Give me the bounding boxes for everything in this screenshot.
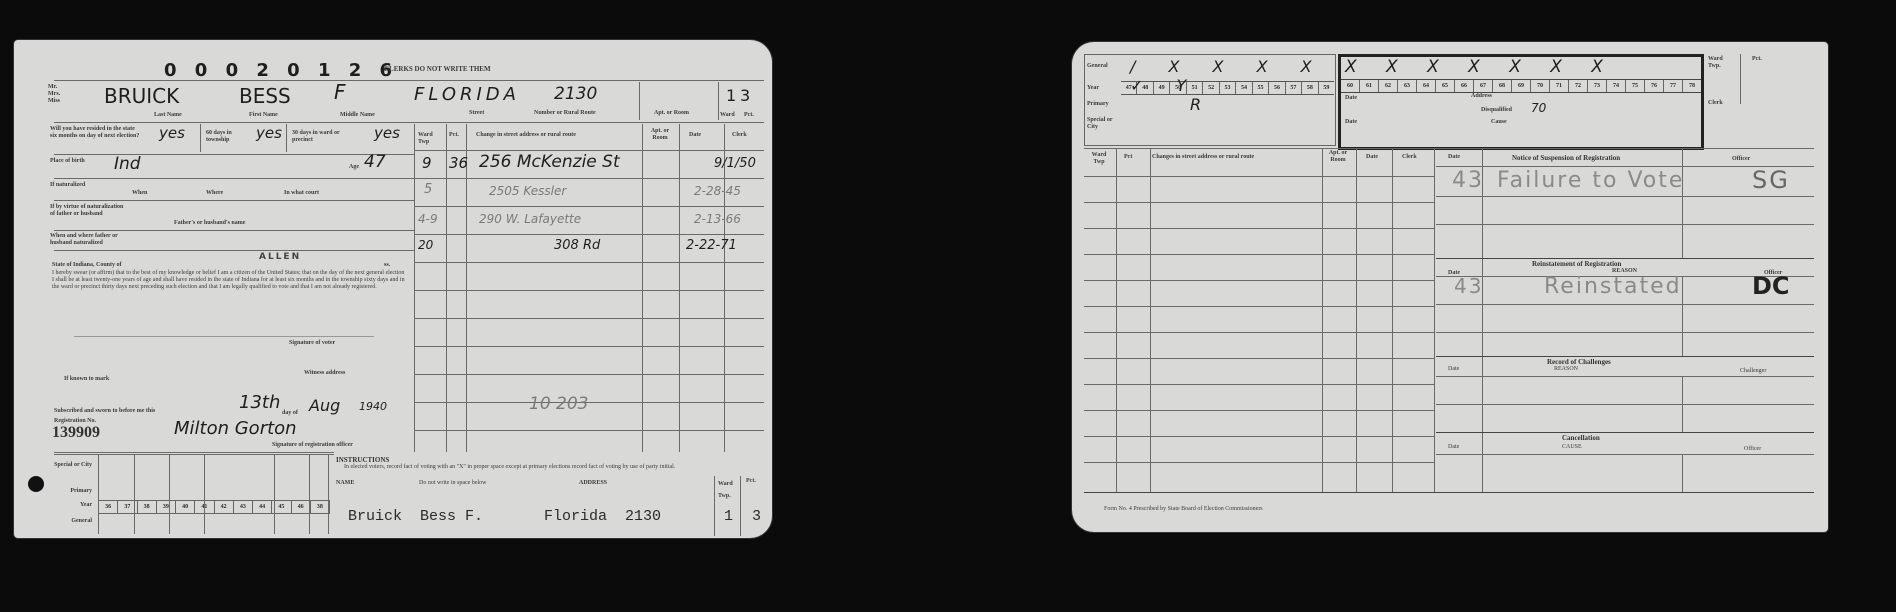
history-year-row: 36 37 38 39 40 41 42 43 44 45 46 38 [98, 500, 330, 514]
cancellation-cause-label: CAUSE [1562, 444, 1582, 451]
suspension-officer-label: Officer [1732, 156, 1750, 163]
witness-label: If known to mark [64, 376, 109, 383]
cancellation-date-label: Date [1448, 444, 1459, 451]
apt-label: Apt. or Room [654, 110, 689, 117]
subscribed-day: 13th [239, 392, 280, 413]
suspension-title: Notice of Suspension of Registration [1512, 154, 1620, 162]
typed-ward: 1 [724, 508, 733, 525]
oath-heading: State of Indiana, County of [52, 262, 122, 269]
changes-header-pct: Pct. [449, 132, 459, 139]
subscribed-label: Subscribed and sworn to before me this [54, 408, 155, 415]
county-value: ALLEN [259, 252, 301, 262]
challenges-challenger-label: Challenger [1740, 368, 1766, 375]
birthplace-value: Ind [114, 154, 141, 174]
back-clerk-label: Clerk [1708, 100, 1723, 107]
general-vote-marks-right: X X X X X X X [1345, 57, 1615, 77]
last-name-value: BRUICK [104, 84, 179, 108]
resided-state-label: Will you have resided in the state six m… [50, 126, 140, 140]
street-label: Street [469, 110, 484, 117]
first-name-label: First Name [249, 112, 278, 119]
challenges-date-label: Date [1448, 366, 1459, 373]
pct-label: Pct. [744, 112, 754, 119]
back-ward-label: Ward Twp. [1708, 56, 1732, 70]
subscribed-month: Aug [309, 396, 340, 415]
instructions-text: In elected voters, record fact of voting… [344, 464, 744, 471]
typed-name: Bruick Bess F. [348, 508, 483, 525]
address-label: ADDRESS [579, 480, 607, 487]
naturalized-label: If naturalized [50, 182, 90, 189]
ward-value: 1 [726, 86, 736, 105]
witness-address-label: Witness address [304, 370, 345, 377]
typed-pct: 3 [752, 508, 761, 525]
day-of-label: day of [282, 410, 298, 417]
father-nat-label: If by virtue of naturalization of father… [50, 204, 125, 218]
table-row-note: 10 203 [529, 394, 588, 414]
pct-value: 3 [740, 86, 750, 105]
resided-township-label: 60 days in township [206, 130, 251, 144]
back-changes-header-date: Date [1366, 154, 1378, 161]
punch-hole-icon [28, 476, 44, 492]
number-value: 2130 [554, 84, 597, 104]
typed-address: Florida 2130 [544, 508, 661, 525]
reinstatement-entry-date: 43 [1454, 274, 1483, 298]
officer-label: Signature of registration officer [272, 442, 353, 449]
changes-header-ward: Ward Twp [418, 132, 442, 146]
oath-text: I hereby swear (or affirm) that to the b… [52, 270, 407, 291]
challenges-title: Record of Challenges [1547, 358, 1611, 366]
registration-card-front: 0 0 0 2 0 1 2 6 CLERKS DO NOT WRITE THEM… [14, 40, 772, 538]
resided-township-value: yes [256, 124, 282, 142]
changes-header-apt: Apt. or Room [648, 128, 672, 142]
registration-card-back: General Year Primary Special or City 47 … [1072, 42, 1828, 532]
cancellation-officer-label: Officer [1744, 446, 1761, 453]
history-label-general: General [52, 518, 92, 525]
name-label: NAME [336, 480, 354, 487]
middle-name-value: F [334, 80, 346, 104]
suspension-entry-officer: SG [1752, 166, 1790, 194]
ward-label: Ward [720, 112, 735, 119]
birthplace-label: Place of birth [50, 158, 90, 165]
challenges-reason-label: REASON [1554, 366, 1578, 373]
age-label: Age [349, 164, 359, 171]
primary-vote-mark: R [1190, 95, 1201, 114]
history-grid-right: 60 61 62 63 64 65 66 67 68 69 70 71 72 7… [1338, 54, 1704, 150]
registration-number: 139909 [52, 424, 100, 442]
history-label-primary: Primary [52, 488, 92, 495]
reinstatement-entry-officer: DC [1752, 272, 1790, 300]
oath-ss: ss. [384, 262, 390, 269]
cancellation-title: Cancellation [1562, 434, 1600, 442]
history-label-year: Year [52, 502, 92, 509]
back-pct-label: Pct. [1752, 56, 1762, 63]
header-numbers: 0 0 0 2 0 1 2 6 [164, 60, 398, 81]
changes-header-address: Change in street address or rural route [476, 132, 576, 139]
resided-state-value: yes [159, 124, 185, 142]
court-label: In what court [284, 190, 319, 197]
suspension-date-label: Date [1448, 154, 1460, 161]
form-footer: Form No. 4 Prescribed by State Board of … [1104, 506, 1263, 513]
history-label-special: Special or City [52, 462, 92, 469]
changes-header-clerk: Clerk [732, 132, 747, 139]
middle-name-label: Middle Name [340, 112, 375, 119]
resided-ward-label: 30 days in ward or precinct [292, 130, 352, 144]
history-grid-left: General Year Primary Special or City 47 … [1084, 54, 1336, 146]
reinstatement-entry-reason: Reinstated [1544, 274, 1682, 299]
reinstatement-title: Reinstatement of Registration [1532, 260, 1621, 268]
resided-ward-value: yes [374, 124, 400, 142]
back-changes-header-ward: Ward Twp [1086, 152, 1112, 166]
where-label: Where [206, 190, 223, 197]
father-when-label: When and where father or husband natural… [50, 233, 130, 247]
back-changes-header-pct: Pct [1124, 154, 1132, 161]
father-name-label: Father's or husband's name [174, 220, 245, 227]
general-vote-marks: / X X X X ✓ Y [1130, 57, 1335, 95]
street-value: FLORIDA [414, 84, 520, 105]
salutation-labels: Mr.Mrs.Miss [48, 84, 64, 105]
signature-voter-label: Signature of voter [289, 340, 335, 347]
footer-pct-label: Pct. [746, 478, 756, 485]
age-value: 47 [364, 152, 386, 172]
no-write-label: Do not write in space below [419, 480, 486, 487]
header-instruction: CLERKS DO NOT WRITE THEM [384, 66, 491, 73]
number-label: Number or Rural Route [534, 110, 596, 117]
back-changes-header-address: Changes in street address or rural route [1152, 154, 1254, 161]
footer-ward-label: Ward Twp. [718, 478, 738, 502]
officer-signature: Milton Gorton [174, 418, 297, 439]
when-label: When [132, 190, 147, 197]
first-name-value: BESS [239, 84, 291, 108]
back-changes-header-clerk: Clerk [1402, 154, 1417, 161]
changes-header-date: Date [689, 132, 701, 139]
last-name-label: Last Name [154, 112, 182, 119]
subscribed-year: 1940 [359, 400, 387, 413]
suspension-entry-reason: Failure to Vote [1497, 168, 1684, 193]
instructions-title: INSTRUCTIONS [336, 456, 389, 464]
suspension-entry-date: 43 [1452, 168, 1484, 193]
back-changes-header-apt: Apt. or Room [1324, 150, 1352, 164]
